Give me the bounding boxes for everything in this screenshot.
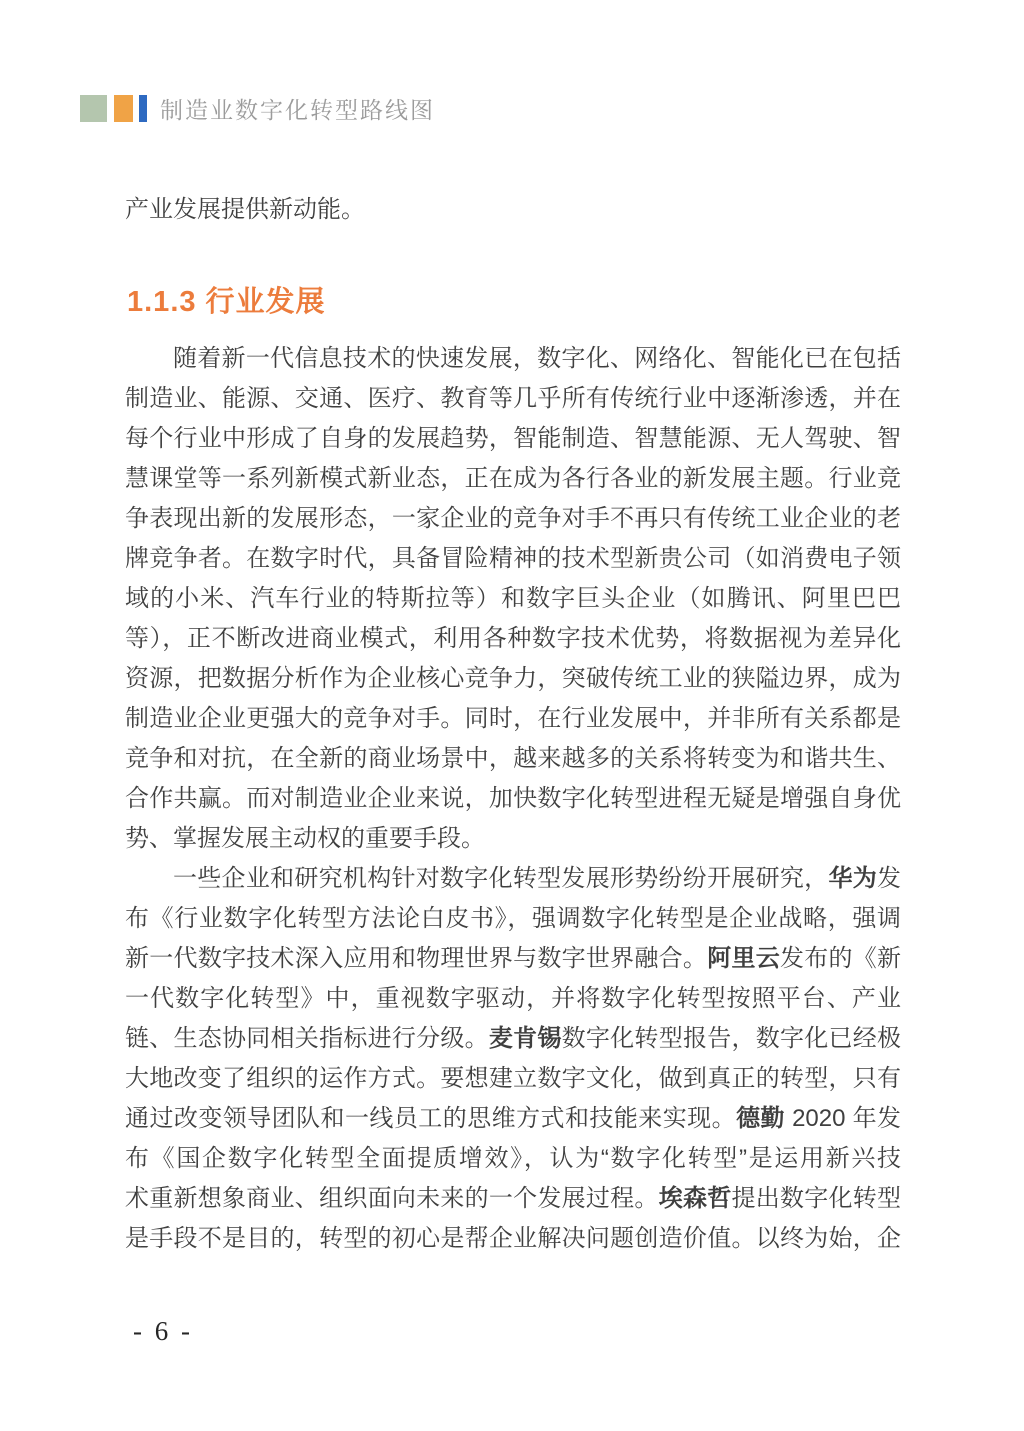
text-line: 是手段不是目的，转型的初心是帮企业解决问题创造价值。以终为始，企: [125, 1219, 901, 1259]
text-segment: 数字化转型报告，数字化已经极: [562, 1025, 901, 1052]
text-segment: 提出数字化转型: [731, 1185, 901, 1212]
section-heading: 1.1.3 行业发展: [127, 279, 326, 320]
text-segment: 大地改变了组织的运作方式。要想建立数字文化，做到真正的转型，只有: [125, 1065, 901, 1092]
text-line: 通过改变领导团队和一线员工的思维方式和技能来实现。德勤 2020 年发: [125, 1099, 901, 1139]
bold-term: 阿里云: [707, 945, 780, 972]
text-segment: 等），正不断改进商业模式，利用各种数字技术优势，将数据视为差异化: [125, 625, 901, 652]
text-line: 链、生态协同相关指标进行分级。麦肯锡数字化转型报告，数字化已经极: [125, 1019, 901, 1059]
text-segment: 制造业、能源、交通、医疗、教育等几乎所有传统行业中逐渐渗透，并在: [125, 385, 901, 412]
text-segment: 通过改变领导团队和一线员工的思维方式和技能来实现。: [125, 1105, 736, 1132]
text-segment: 是手段不是目的，转型的初心是帮企业解决问题创造价值。以终为始，企: [125, 1225, 901, 1252]
text-line: 术重新想象商业、组织面向未来的一个发展过程。埃森哲提出数字化转型: [125, 1179, 901, 1219]
text-line: 一代数字化转型》中，重视数字驱动，并将数字化转型按照平台、产业: [125, 979, 901, 1019]
text-segment: 争表现出新的发展形态，一家企业的竞争对手不再只有传统工业企业的老: [125, 505, 901, 532]
text-segment: 新一代数字技术深入应用和物理世界与数字世界融合。: [125, 945, 707, 972]
text-line: 随着新一代信息技术的快速发展，数字化、网络化、智能化已在包括: [125, 339, 901, 379]
text-segment: 布《国企数字化转型全面提质增效》，认为“数字化转型”是运用新兴技: [125, 1145, 901, 1172]
document-page: 制造业数字化转型路线图 产业发展提供新动能。 1.1.3 行业发展 随着新一代信…: [0, 0, 1024, 1431]
text-line: 大地改变了组织的运作方式。要想建立数字文化，做到真正的转型，只有: [125, 1059, 901, 1099]
text-line: 新一代数字技术深入应用和物理世界与数字世界融合。阿里云发布的《新: [125, 939, 901, 979]
text-segment: 竞争和对抗，在全新的商业场景中，越来越多的关系将转变为和谐共生、: [125, 745, 901, 772]
text-line: 每个行业中形成了自身的发展趋势，智能制造、智慧能源、无人驾驶、智: [125, 419, 901, 459]
text-segment: 一些企业和研究机构针对数字化转型发展形势纷纷开展研究，: [173, 865, 828, 892]
text-segment: 发: [877, 865, 901, 892]
text-line: 一些企业和研究机构针对数字化转型发展形势纷纷开展研究，华为发: [125, 859, 901, 899]
text-segment: 2020 年发: [785, 1105, 901, 1132]
text-line: 制造业、能源、交通、医疗、教育等几乎所有传统行业中逐渐渗透，并在: [125, 379, 901, 419]
text-line: 域的小米、汽车行业的特斯拉等）和数字巨头企业（如腾讯、阿里巴巴: [125, 579, 901, 619]
text-line: 等），正不断改进商业模式，利用各种数字技术优势，将数据视为差异化: [125, 619, 901, 659]
page-number: - 6 -: [133, 1316, 193, 1347]
text-segment: 一代数字化转型》中，重视数字驱动，并将数字化转型按照平台、产业: [125, 985, 901, 1012]
text-line: 势、掌握发展主动权的重要手段。: [125, 819, 901, 859]
green-decoration-block: [80, 95, 107, 122]
text-segment: 链、生态协同相关指标进行分级。: [125, 1025, 489, 1052]
text-line: 争表现出新的发展形态，一家企业的竞争对手不再只有传统工业企业的老: [125, 499, 901, 539]
bold-term: 华为: [828, 865, 877, 892]
text-line: 布《行业数字化转型方法论白皮书》，强调数字化转型是企业战略，强调: [125, 899, 901, 939]
bold-term: 德勤: [736, 1105, 785, 1132]
bold-term: 埃森哲: [659, 1185, 732, 1212]
text-segment: 术重新想象商业、组织面向未来的一个发展过程。: [125, 1185, 659, 1212]
text-segment: 每个行业中形成了自身的发展趋势，智能制造、智慧能源、无人驾驶、智: [125, 425, 901, 452]
intro-paragraph: 产业发展提供新动能。: [125, 190, 901, 230]
text-segment: 资源，把数据分析作为企业核心竞争力，突破传统工业的狭隘边界，成为: [125, 665, 901, 692]
text-line: 竞争和对抗，在全新的商业场景中，越来越多的关系将转变为和谐共生、: [125, 739, 901, 779]
body-text: 随着新一代信息技术的快速发展，数字化、网络化、智能化已在包括制造业、能源、交通、…: [125, 339, 901, 1259]
bold-term: 麦肯锡: [489, 1025, 562, 1052]
text-line: 合作共赢。而对制造业企业来说，加快数字化转型进程无疑是增强自身优: [125, 779, 901, 819]
page-header: 制造业数字化转型路线图: [80, 95, 435, 122]
header-title: 制造业数字化转型路线图: [160, 92, 435, 125]
text-line: 资源，把数据分析作为企业核心竞争力，突破传统工业的狭隘边界，成为: [125, 659, 901, 699]
text-segment: 域的小米、汽车行业的特斯拉等）和数字巨头企业（如腾讯、阿里巴巴: [125, 585, 901, 612]
text-line: 慧课堂等一系列新模式新业态，正在成为各行各业的新发展主题。行业竞: [125, 459, 901, 499]
text-segment: 布《行业数字化转型方法论白皮书》，强调数字化转型是企业战略，强调: [125, 905, 901, 932]
orange-decoration-block: [114, 95, 133, 122]
text-segment: 制造业企业更强大的竞争对手。同时，在行业发展中，并非所有关系都是: [125, 705, 901, 732]
text-segment: 合作共赢。而对制造业企业来说，加快数字化转型进程无疑是增强自身优: [125, 785, 901, 812]
blue-decoration-block: [139, 95, 147, 122]
text-segment: 发布的《新: [780, 945, 901, 972]
text-segment: 势、掌握发展主动权的重要手段。: [125, 825, 485, 852]
text-line: 牌竞争者。在数字时代，具备冒险精神的技术型新贵公司（如消费电子领: [125, 539, 901, 579]
text-segment: 慧课堂等一系列新模式新业态，正在成为各行各业的新发展主题。行业竞: [125, 465, 901, 492]
text-line: 制造业企业更强大的竞争对手。同时，在行业发展中，并非所有关系都是: [125, 699, 901, 739]
text-line: 布《国企数字化转型全面提质增效》，认为“数字化转型”是运用新兴技: [125, 1139, 901, 1179]
text-segment: 随着新一代信息技术的快速发展，数字化、网络化、智能化已在包括: [173, 345, 901, 372]
text-segment: 牌竞争者。在数字时代，具备冒险精神的技术型新贵公司（如消费电子领: [125, 545, 901, 572]
